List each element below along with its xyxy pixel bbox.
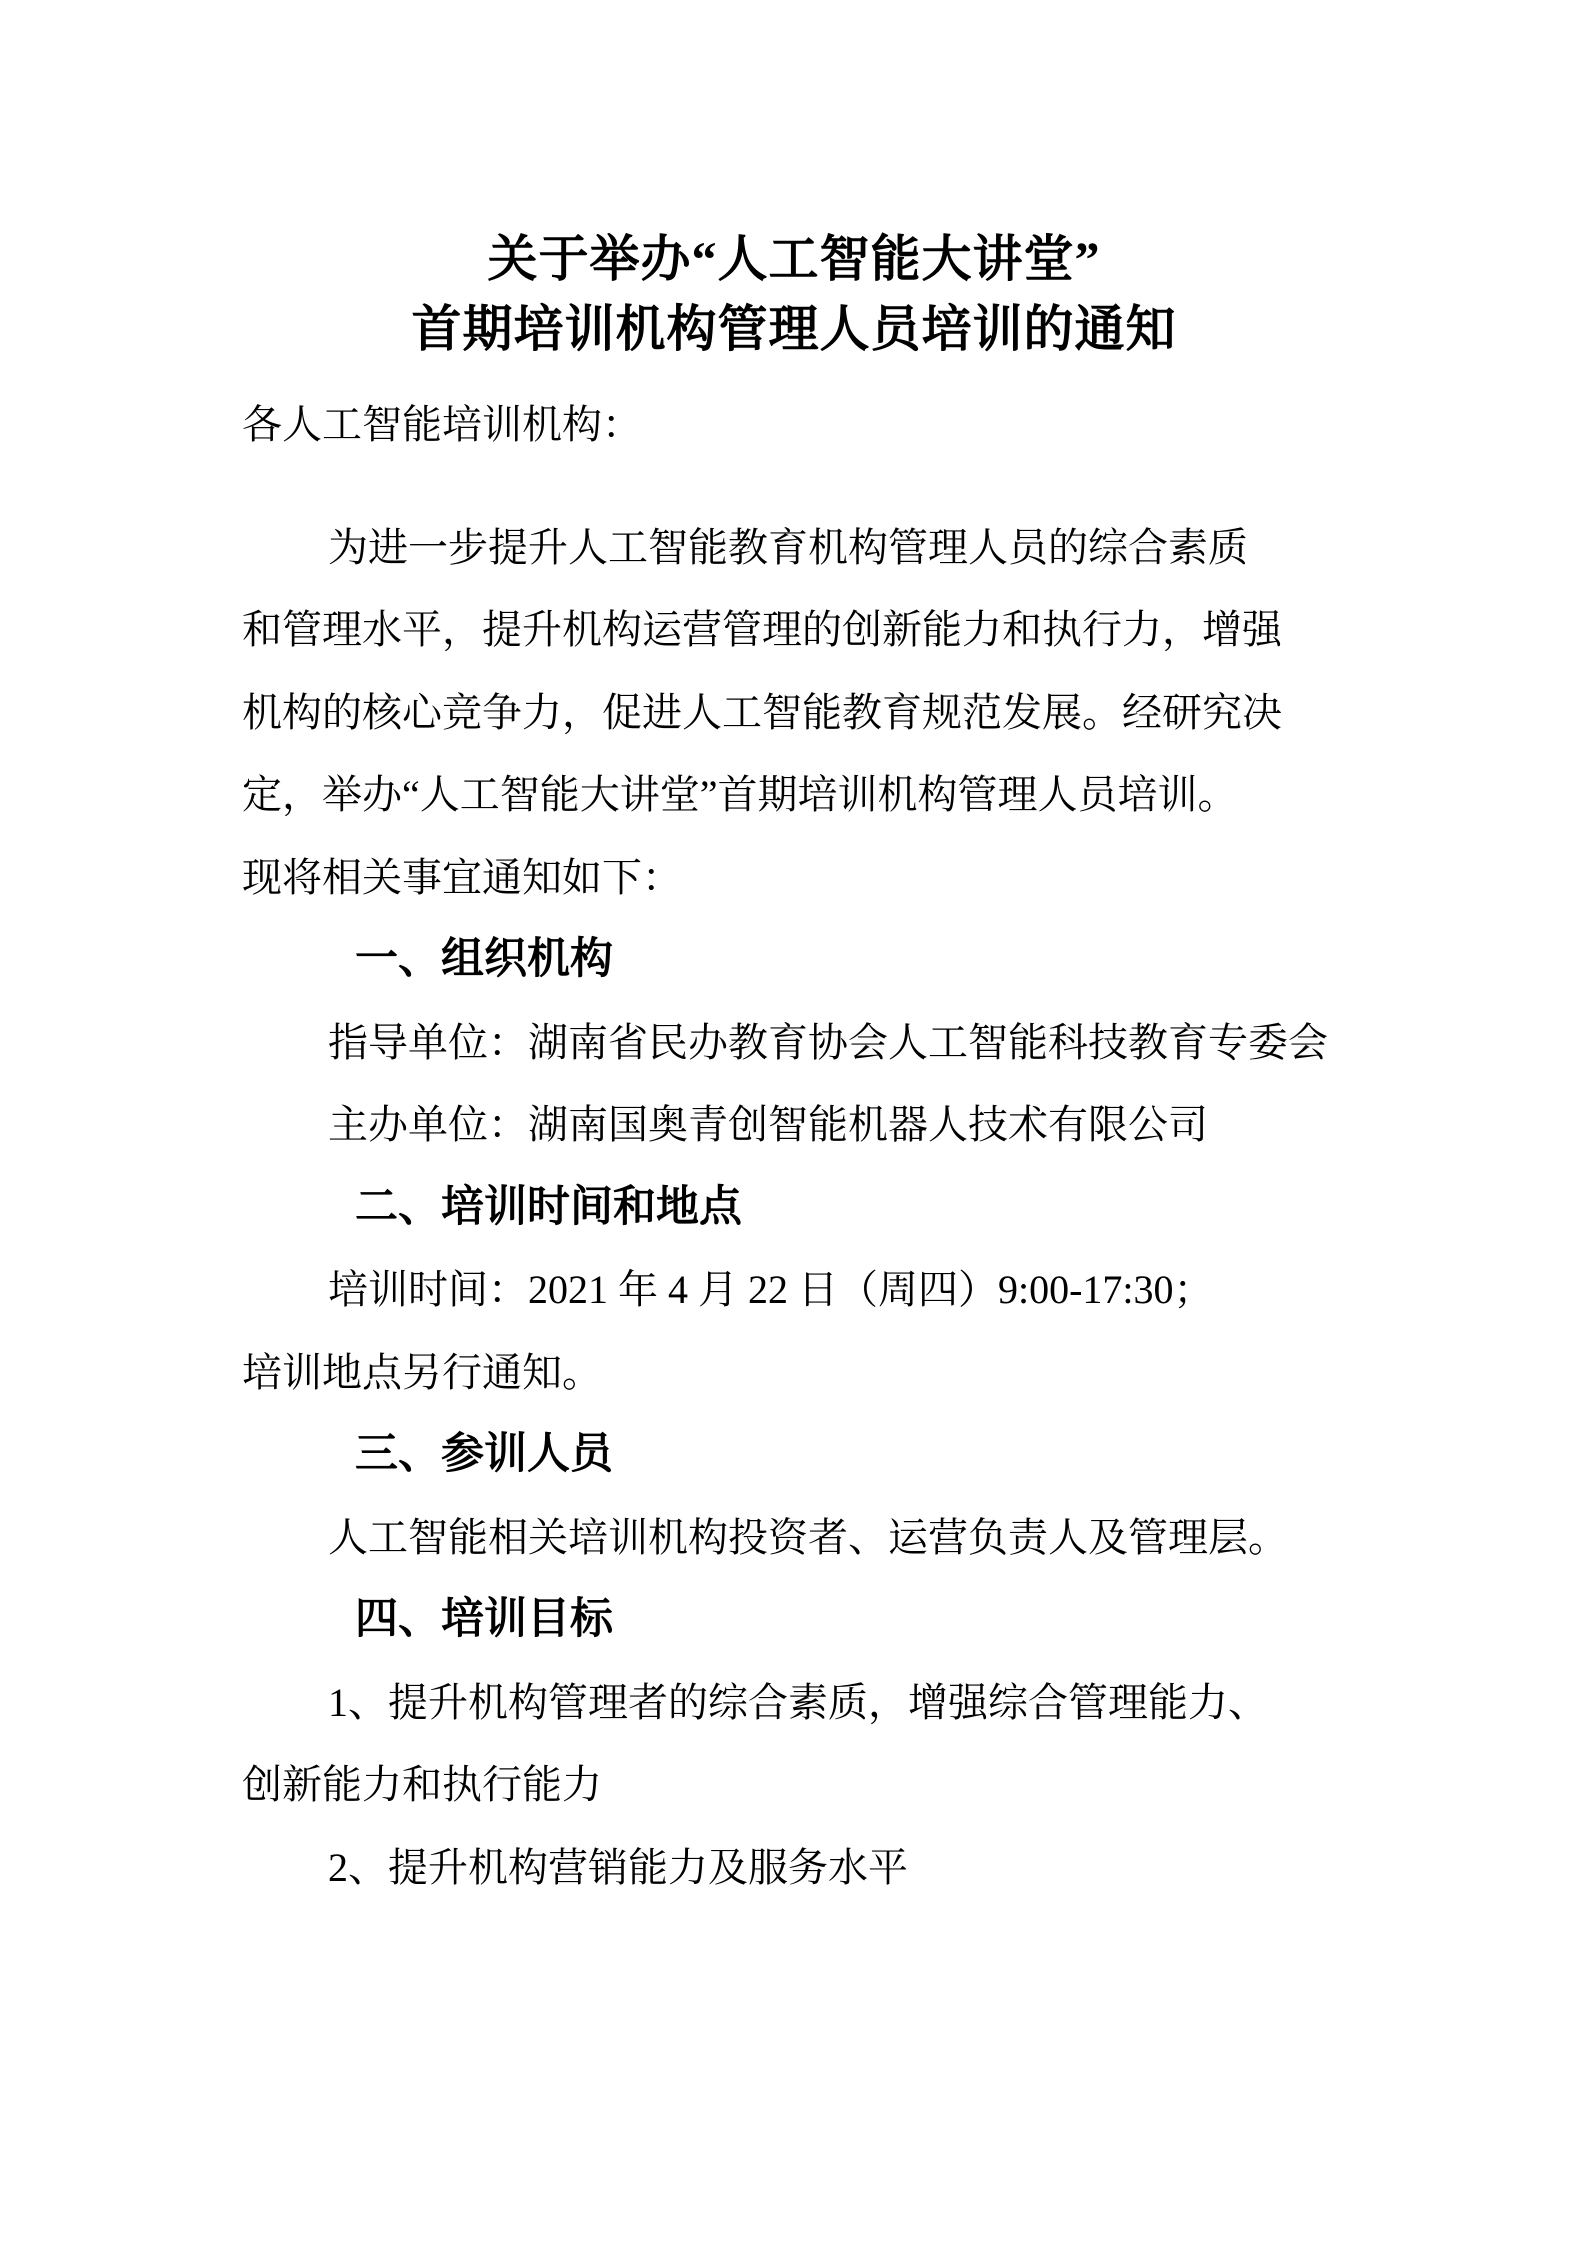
title-line-1: 关于举办“人工智能大讲堂” <box>242 224 1346 294</box>
section-1-line-1: 指导单位：湖南省民办教育协会人工智能科技教育专委会 <box>242 1002 1346 1085</box>
salutation-line: 各人工智能培训机构： <box>242 384 1346 467</box>
section-1-heading: 一、组织机构 <box>242 919 1346 1002</box>
intro-paragraph: 为进一步提升人工智能教育机构管理人员的综合素质 和管理水平，提升机构运营管理的创… <box>242 507 1346 920</box>
intro-line-3: 机构的核心竞争力，促进人工智能教育规范发展。经研究决 <box>242 672 1346 755</box>
section-3-heading: 三、参训人员 <box>242 1414 1346 1497</box>
title-line-2: 首期培训机构管理人员培训的通知 <box>242 294 1346 364</box>
document-page: 关于举办“人工智能大讲堂” 首期培训机构管理人员培训的通知 各人工智能培训机构：… <box>0 0 1587 2245</box>
section-organization: 一、组织机构 指导单位：湖南省民办教育协会人工智能科技教育专委会 主办单位：湖南… <box>242 919 1346 1167</box>
intro-line-1: 为进一步提升人工智能教育机构管理人员的综合素质 <box>242 507 1346 590</box>
document-title: 关于举办“人工智能大讲堂” 首期培训机构管理人员培训的通知 <box>242 224 1346 364</box>
intro-line-4: 定，举办“人工智能大讲堂”首期培训机构管理人员培训。 <box>242 754 1346 837</box>
intro-line-5: 现将相关事宜通知如下： <box>242 837 1346 920</box>
section-participants: 三、参训人员 人工智能相关培训机构投资者、运营负责人及管理层。 <box>242 1414 1346 1579</box>
section-4-heading: 四、培训目标 <box>242 1579 1346 1662</box>
section-2-line-1: 培训时间：2021 年 4 月 22 日（周四）9:00-17:30； <box>242 1249 1346 1332</box>
section-2-line-2: 培训地点另行通知。 <box>242 1332 1346 1415</box>
section-time-place: 二、培训时间和地点 培训时间：2021 年 4 月 22 日（周四）9:00-1… <box>242 1167 1346 1415</box>
document-body: 各人工智能培训机构： 为进一步提升人工智能教育机构管理人员的综合素质 和管理水平… <box>242 384 1346 1909</box>
section-4-line-3: 2、提升机构营销能力及服务水平 <box>242 1827 1346 1910</box>
section-2-heading: 二、培训时间和地点 <box>242 1167 1346 1250</box>
section-3-line-1: 人工智能相关培训机构投资者、运营负责人及管理层。 <box>242 1497 1346 1580</box>
section-4-line-2: 创新能力和执行能力 <box>242 1744 1346 1827</box>
section-4-line-1: 1、提升机构管理者的综合素质，增强综合管理能力、 <box>242 1662 1346 1745</box>
section-goals: 四、培训目标 1、提升机构管理者的综合素质，增强综合管理能力、 创新能力和执行能… <box>242 1579 1346 1909</box>
intro-line-2: 和管理水平，提升机构运营管理的创新能力和执行力，增强 <box>242 589 1346 672</box>
section-1-line-2: 主办单位：湖南国奥青创智能机器人技术有限公司 <box>242 1084 1346 1167</box>
